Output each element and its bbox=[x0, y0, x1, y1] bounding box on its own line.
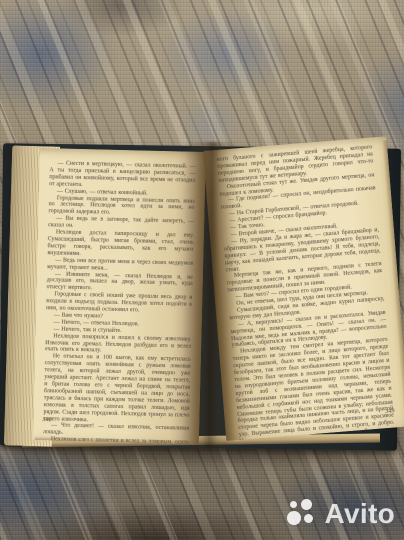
page-left-text: — Снести в мертвецкую, — сказал околоточ… bbox=[43, 160, 195, 429]
book-paragraph: Нехлюдов между тем смотрел на мертвеца, … bbox=[232, 337, 396, 441]
book-paragraph: Не отъехал он и 100 шагов, как ему встре… bbox=[43, 354, 191, 427]
avito-four-circles-icon bbox=[287, 499, 318, 529]
listing-photo-open-book-on-carpet[interactable]: — Снести в мертвецкую, — сказал околоточ… bbox=[0, 0, 404, 540]
avito-watermark: Avito bbox=[287, 499, 395, 529]
page-number-left: 348 bbox=[42, 416, 51, 423]
open-book: — Снести в мертвецкую, — сказал околоточ… bbox=[0, 0, 404, 540]
page-right-text: ного буланого с зажиревшей шеей жеребца,… bbox=[217, 144, 394, 424]
book-paragraph: — Снести в мертвецкую, — сказал околоточ… bbox=[49, 160, 196, 191]
page-number-right: 349 bbox=[385, 407, 395, 415]
book-page-left: — Снести в мертвецкую, — сказал околоточ… bbox=[33, 148, 206, 444]
book-paragraph: Нехлюдов достал папиросницу и дал ему. С… bbox=[47, 229, 194, 260]
avito-watermark-label: Avito bbox=[325, 499, 395, 529]
book-page-right: ного буланого с зажиревшей шеей жеребца,… bbox=[203, 136, 404, 441]
book-paragraph: — Что делают! — сказал извозчик, останав… bbox=[43, 423, 189, 440]
